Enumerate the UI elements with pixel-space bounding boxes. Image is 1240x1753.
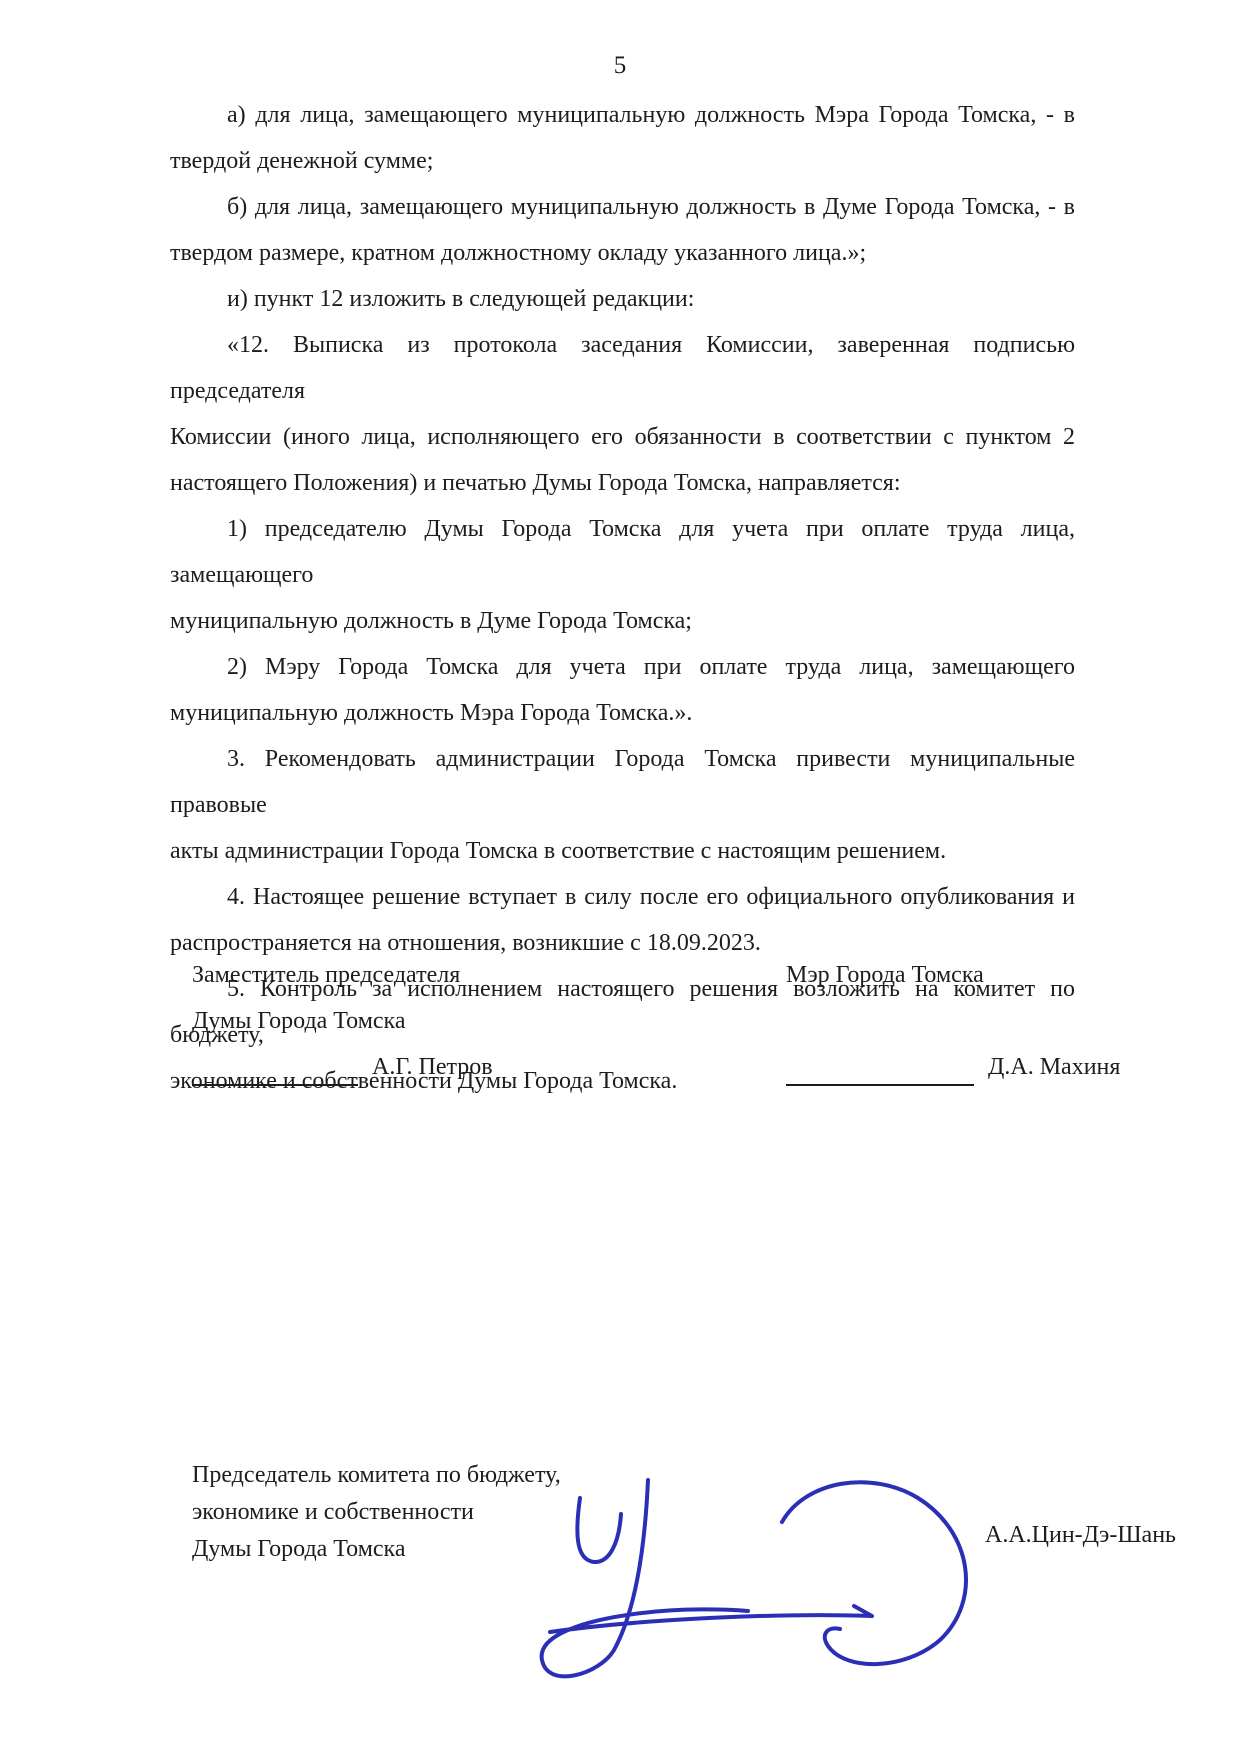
right-signature-row: Д.А. Махиня [786,1048,1120,1086]
left-signature-row: А.Г. Петров [192,1048,493,1086]
page-number: 5 [0,52,1240,80]
body-line: Комиссии (иного лица, исполняющего его о… [170,414,1075,460]
left-signatory-role-line1: Заместитель председателя [192,958,460,992]
body-line: муниципальную должность Мэра Города Томс… [170,690,1075,736]
signature-line [786,1052,974,1086]
body-line: и) пункт 12 изложить в следующей редакци… [170,276,1075,322]
body-line: 4. Настоящее решение вступает в силу пос… [170,874,1075,920]
body-line: 3. Рекомендовать администрации Города То… [170,736,1075,828]
committee-signatory-name: А.А.Цин-Дэ-Шань [985,1520,1176,1550]
body-line: твердом размере, кратном должностному ок… [170,230,1075,276]
body-line: твердой денежной сумме; [170,138,1075,184]
body-line: б) для лица, замещающего муниципальную д… [170,184,1075,230]
document-body: а) для лица, замещающего муниципальную д… [170,92,1075,1104]
body-line: 2) Мэру Города Томска для учета при опла… [170,644,1075,690]
committee-role-line2: экономике и собственности [192,1497,474,1527]
right-signatory-role: Мэр Города Томска [786,958,984,992]
signature-line [192,1052,358,1086]
body-line: а) для лица, замещающего муниципальную д… [170,92,1075,138]
body-line: «12. Выписка из протокола заседания Коми… [170,322,1075,414]
left-signatory-role-line2: Думы Города Томска [192,1004,406,1038]
body-line: муниципальную должность в Думе Города То… [170,598,1075,644]
left-signatory-name: А.Г. Петров [372,1048,493,1086]
body-line: акты администрации Города Томска в соотв… [170,828,1075,874]
committee-role-line1: Председатель комитета по бюджету, [192,1460,561,1490]
committee-role-line3: Думы Города Томска [192,1534,406,1564]
document-page: 5 а) для лица, замещающего муниципальную… [0,0,1240,1753]
body-line: настоящего Положения) и печатью Думы Гор… [170,460,1075,506]
body-line: 1) председателю Думы Города Томска для у… [170,506,1075,598]
right-signatory-name: Д.А. Махиня [988,1048,1120,1086]
handwritten-signature-icon [520,1458,1000,1693]
